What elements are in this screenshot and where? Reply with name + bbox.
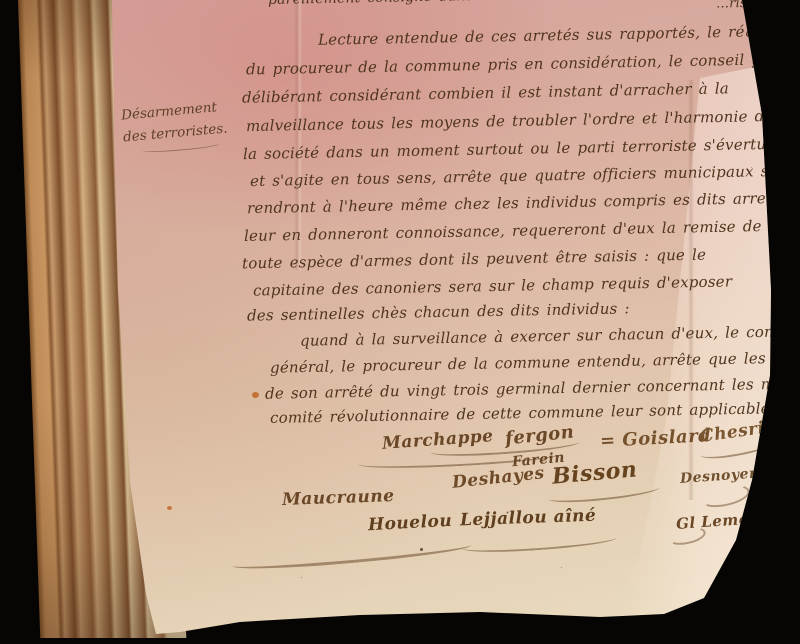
- body-line: malveillance tous les moyens de troubler…: [246, 107, 774, 135]
- body-line: quand à la surveillance à exercer sur ch…: [300, 322, 800, 350]
- signature-lejallou: Lejjallou aîné: [460, 506, 597, 531]
- signature-houelou: Houelou: [368, 511, 453, 535]
- signature-flourish: [232, 538, 472, 574]
- body-line: général, le procureur de la commune ente…: [270, 347, 800, 376]
- paper-stain: [252, 392, 259, 398]
- body-line: capitaine des canoniers sera sur le cham…: [253, 272, 732, 299]
- body-line: de son arrêté du vingt trois germinal de…: [265, 373, 800, 402]
- signature-deshayes: Deshayes: [451, 463, 545, 493]
- signature-goislard: = Goislard: [600, 425, 712, 452]
- body-line: des sentinelles chès chacun des dits ind…: [247, 299, 630, 324]
- body-line: rendront à l'heure même chez les individ…: [247, 189, 789, 217]
- body-line: leur en donneront connoissance, requerer…: [244, 217, 762, 245]
- signature-flourish: [698, 481, 751, 511]
- manuscript-photo: pareillement consigné dans …ristes. Désa…: [0, 0, 800, 644]
- signature-flourish: [462, 531, 618, 556]
- signature-flourish: [667, 524, 707, 548]
- body-line: la société dans un moment surtout ou le …: [243, 135, 776, 163]
- body-line: toute espèce d'armes dont ils peuvent êt…: [242, 246, 706, 273]
- signature-maucraune: Maucraune: [282, 486, 395, 510]
- body-line: et s'agite en tous sens, arrête que quat…: [250, 162, 778, 190]
- body-line: Lecture entendue de ces arretés sus rapp…: [318, 21, 800, 49]
- body-line: comité révolutionnaire de cette commune …: [270, 399, 783, 427]
- body-line: du procureur de la commune pris en consi…: [246, 50, 800, 79]
- top-line-fragment: pareillement consigné dans: [268, 0, 473, 8]
- marginal-note: Désarmement des terroristes.: [120, 96, 228, 149]
- body-line: délibérant considérant combien il est in…: [242, 79, 729, 106]
